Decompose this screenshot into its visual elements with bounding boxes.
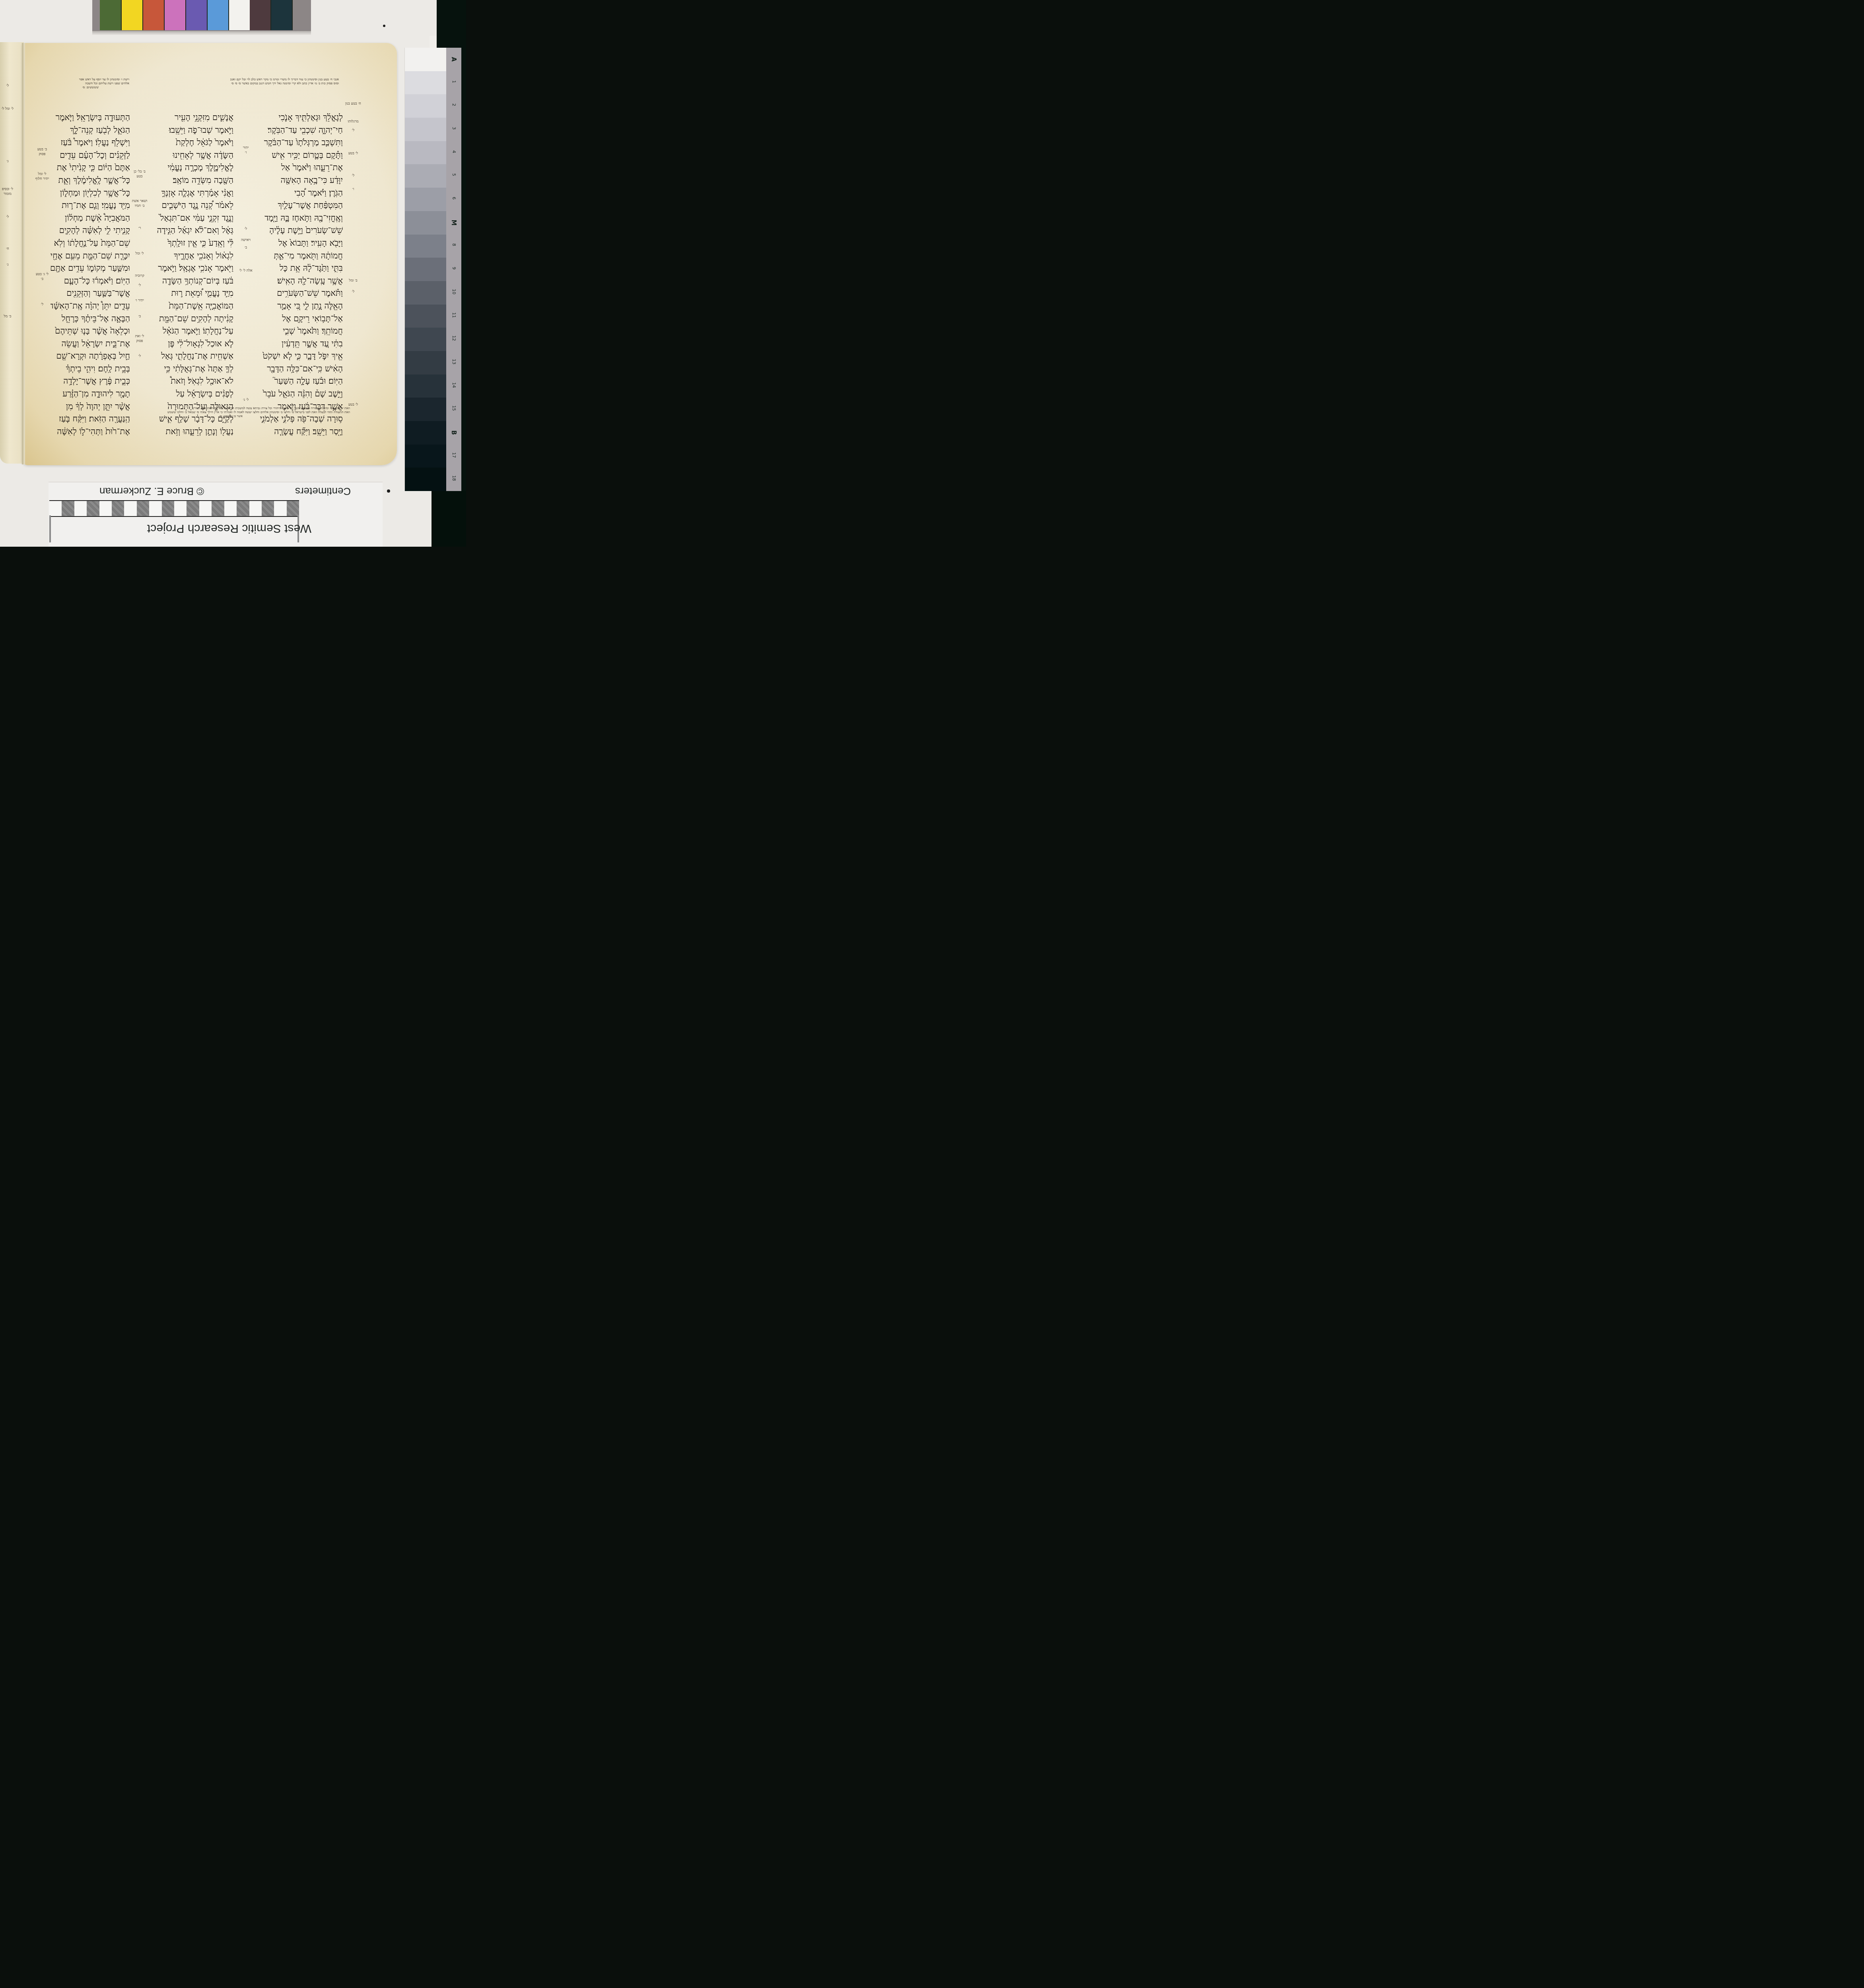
scale-segment <box>262 501 274 516</box>
color-swatch-magenta <box>165 0 186 30</box>
grayscale-step <box>405 118 447 141</box>
grayscale-label: 10 <box>451 284 457 299</box>
masora-line: ששששים ׃ ס׳ <box>52 85 129 89</box>
text-line: גְּאָ֔ל וְאִם־לֹ֨א יִגְאַ֜ל הַגִּ֣ידָה <box>150 224 233 237</box>
margin-note: ל׳ ומל יתיר חלוף <box>35 172 49 181</box>
text-line: הַיּֽוֹם׃ וּבֹ֨עַז עָלָ֣ה הַשַּׁעַר֮ <box>259 375 343 388</box>
margin-note: ו׳ <box>345 187 361 192</box>
grayscale-step <box>405 94 447 118</box>
margin-note: ג׳ <box>1 159 14 164</box>
scale-segment <box>124 501 136 516</box>
margin-note: יתיר ו׳ <box>131 298 148 303</box>
grayscale-step <box>405 235 447 258</box>
text-column-left: הַתְּעוּדָ֖ה בְּיִשְׂרָאֵֽל׃ וַיֹּ֧אמֶרה… <box>51 111 130 438</box>
scale-segment <box>49 501 62 516</box>
grayscale-label: 17 <box>451 447 457 462</box>
masora-line: וזאת י׳ ראש פס׳ וסימנה׳ התורה והמצוה אשר… <box>56 406 350 410</box>
margin-note: ל׳ <box>131 283 148 288</box>
text-line: אֶת־ר֙וּת֙ וַתְּהִי־ל֣וֹ לְאִשָּׁ֔ה <box>51 425 130 438</box>
margin-note: קרוביה <box>131 274 148 278</box>
text-line: אַשְׁחִ֖ית אֶת־נַחֲלָתִ֑י גְּאַל <box>150 350 233 363</box>
scale-bar-left-post <box>49 515 51 542</box>
grayscale-label: 18 <box>451 471 457 486</box>
text-line: לְגָאֳלֵ֜ךְ וּגְאַלְתִּ֧יךְ אָנֹ֛כִי <box>259 111 343 124</box>
margin-note: ל׳ <box>35 302 49 307</box>
color-swatch-brown <box>250 0 271 30</box>
text-line: וַיִּשְׁלֹ֖ף נַעֲלֽוֹ׃ וַיֹּאמֶר֩ בֹּ֨עַ… <box>51 136 130 149</box>
margin-note: ויאישה <box>237 238 255 243</box>
text-line: הַמּוֹאֲבִיָּ֤ה אֵֽשֶׁת־הַמֵּת֙ <box>150 300 233 313</box>
margin-note: ב׳ בל׳ כן בטע <box>131 169 148 179</box>
grayscale-label: 15 <box>451 401 457 416</box>
masora-line: וסוס פסוק כות ב׳ מ׳ ארין כתב ולא קרי וסי… <box>157 82 339 85</box>
text-line: וַתֹּ֕אמֶר שֵׁשׁ־הַשְּׂעֹרִ֥ים <box>259 287 343 300</box>
binding-gutter <box>22 43 25 464</box>
bottom-masora: וזאת י׳ ראש פס׳ וסימנה׳ התורה והמצוה אשר… <box>56 406 350 418</box>
margin-note: ל׳ ומל <box>131 251 148 256</box>
margin-note: מרגלותו <box>345 119 361 124</box>
text-line: וַתִּשְׁכַּ֤ב מַרְגְּלֹתָו֙ עַד־הַבֹּ֔קֶ… <box>259 136 343 149</box>
scale-segment <box>99 501 112 516</box>
top-masora-right: אנכי ח׳ בטע בנון וסימנהון כי עוד דבריך ל… <box>157 78 339 85</box>
text-line: תָמָ֖ר לִיהוּדָ֑ה מִן־הַזֶּ֗רַע <box>51 388 130 400</box>
scale-segment <box>62 501 74 516</box>
grayscale-step-labels: A123456M89101112131415B171819 <box>446 48 461 491</box>
color-swatch-yellow <box>122 0 143 30</box>
margin-note: ל׳ <box>345 289 361 294</box>
grayscale-step <box>405 351 447 375</box>
scale-segment <box>137 501 149 516</box>
dark-mount-bottom <box>431 491 466 547</box>
grayscale-label: 6 <box>451 191 457 206</box>
photograph: ל׳ל׳ ומל ל׳ג׳ל׳ ובסיפ מזמורל׳ח׳ג׳ב׳ מל א… <box>0 0 466 547</box>
text-line: אֲשֶׁ֥ר עָֽשָׂה־לָ֖הּ הָאִֽישׁ׃ <box>259 275 343 287</box>
margin-note: ושאר אשת ב׳ חמיו <box>131 199 148 208</box>
text-line: מִיַּ֣ד נָעֳמִ֑י וּ֠מֵאֵת ר֣וּת <box>150 287 233 300</box>
text-line: אַל־תָּב֥וֹאִי רֵיקָ֖ם אֶל <box>259 313 343 325</box>
color-swatch-green <box>100 0 122 30</box>
text-line: בֹּ֔עַז בְּיוֹם־קְנוֹתְךָ֥ הַשָּׂדֶ֖ה <box>150 275 233 287</box>
margin-note: ב׳ ומל <box>345 278 361 283</box>
text-line: אֶת־בֵּ֣ית יִשְׂרָאֵ֔ל וַעֲשֵׂה <box>51 338 130 350</box>
grayscale-step <box>405 328 447 351</box>
text-line: וַיָּ֖סַר וַיֵּשֵֽׁב׃ וַיִּקַּ֞ח עֲשָׂרָ… <box>259 425 343 438</box>
margin-note: ל׳ <box>237 227 255 231</box>
text-line: וַיֹּ֣אמֶר שְׁבוּ־פֹ֑ה וַיֵּשֵֽׁבוּ׃ <box>150 124 233 137</box>
masora-line: אנכי ח׳ בטע בנון וסימנהון כי עוד דבריך ל… <box>157 78 339 82</box>
scale-segment <box>149 501 161 516</box>
left-page-edge <box>0 42 24 464</box>
scale-segment <box>187 501 199 516</box>
text-line: בְּבֵ֥ית לָֽחֶם׃ וִיהִ֣י בֵיתְךָ֗ <box>51 363 130 375</box>
text-line: הָאֵ֖לֶּה נָ֣תַן לִ֑י כִּ֚י אָמַ֣ר <box>259 300 343 313</box>
text-line: הָאִ֔ישׁ כִּֽי־אִם־כִּלָּ֥ה הַדָּבָ֖ר <box>259 363 343 375</box>
grayscale-step <box>405 398 447 421</box>
margin-note: ל׳ ומל ל׳ <box>1 107 14 111</box>
scale-segment <box>199 501 212 516</box>
text-line: חֲמוֹתֵֽךְ׃ וַתֹּ֙אמֶר֙ שְׁבִ֣י <box>259 325 343 338</box>
scale-segment <box>174 501 187 516</box>
text-line: קָנִ֔יתָה לְהָקִ֥ים שֵׁם־הַמֵּ֖ת <box>150 313 233 325</box>
text-line: יִוָּדַ֔ע כִּי־בָ֥אָה הָאִשָּׁ֖ה <box>259 174 343 187</box>
text-line: הַבָּאָ֣ה אֶל־בֵּיתֶ֗ךָ כְּרָחֵ֤ל <box>51 313 130 325</box>
text-line: הַגֹּאֵ֛ל לְבֹ֖עַז קְנֵה־לָ֑ךְ <box>51 124 130 137</box>
units-label: Centimeters <box>295 485 351 497</box>
margin-note: ל׳ ובסיפ מזמור <box>1 187 14 196</box>
centimeter-scale-bar <box>49 500 299 517</box>
text-line: לֹא־אוּכַ֖ל לִגְאֹֽל׃ וְזֹאת֩ <box>150 375 233 388</box>
masora-line: וישת ו׳ וסימנהון לו עד יוסף על ראש אפר <box>52 78 129 82</box>
grayscale-label: 13 <box>451 354 457 369</box>
text-column-right: לְגָאֳלֵ֜ךְ וּגְאַלְתִּ֧יךְ אָנֹ֛כִיחַי־… <box>259 111 343 438</box>
margin-note: ח׳ <box>1 247 14 251</box>
text-line: שֵׁשׁ־שְׂעֹרִים֙ וַיָּ֣שֶׁת עָלֶ֔יהָ <box>259 224 343 237</box>
text-line: לֹ֤א אוּכַל֙ לִגְאָול־לִ֔י פֶּן <box>150 338 233 350</box>
text-line: וַיֹּ֖אמֶר אָנֹכִ֥י אֶגְאָֽל׃ וַיֹּ֣אמֶר <box>150 262 233 275</box>
color-swatch-white <box>229 0 250 30</box>
margin-note: ל׳ <box>1 83 14 88</box>
text-line: לֶאֱלִימֶ֑לֶךְ מָכְרָ֣ה נָעֳמִ֔י <box>150 161 233 174</box>
grayscale-label: 14 <box>451 377 457 392</box>
grayscale-step <box>405 445 447 468</box>
grayscale-label: A <box>450 52 457 67</box>
text-line: בִתִּ֔י עַ֚ד אֲשֶׁ֣ר תֵּֽדְעִ֔ין <box>259 338 343 350</box>
margin-note: אלה ל׳ ל׳ <box>237 268 255 273</box>
color-target-shadow <box>92 31 311 35</box>
masora-line: אשר בו ששמש ׃ ס׳ <box>56 414 350 418</box>
grayscale-step <box>405 71 447 95</box>
text-line: בִּתִּ֑י וַתַּ֙גֶּד־לָ֔הּ אֵ֥ת כָּל <box>259 262 343 275</box>
margin-note: ב׳ בטע פסוק <box>35 147 49 157</box>
grayscale-step <box>405 468 447 491</box>
scale-segment <box>224 501 237 516</box>
text-line: אֶת־רֵעֵ֑הוּ וַיֹּ֙אמֶר֙ אַל <box>259 161 343 174</box>
masora-line: אלהים שפנו וישת עליהם וכל חשכה <box>52 82 129 85</box>
text-line: וּכְלֵאָה֙ אֲשֶׁ֨ר בָּנ֤וּ שְׁתֵּיהֶם֙ <box>51 325 130 338</box>
margin-note: ו׳ <box>237 150 255 155</box>
text-line: הַגֹּֽרֶן׃ וַיֹּ֗אמֶר הָ֠בִי <box>259 187 343 200</box>
grayscale-step <box>405 305 447 328</box>
margin-note: ל׳ ואת פסוק <box>131 334 148 344</box>
margin-note: ב׳ <box>131 314 148 319</box>
grayscale-label: 4 <box>451 144 457 159</box>
grayscale-label: 3 <box>451 121 457 136</box>
text-line: לֵאמֹ֗ר קְ֠נֵה נֶ֣גֶד הַיֹּשְׁבִ֣ים <box>150 199 233 212</box>
grayscale-step <box>405 375 447 398</box>
text-line: לְפָנִ֨ים בְּיִשְׂרָאֵ֜ל עַל <box>150 388 233 400</box>
text-line: וְאֶֽחֳזִי־בָ֖הּ וַתֹּ֣אחֶז בָּ֑הּ וַיָּ… <box>259 212 343 225</box>
text-line: לַזְּקֵנִ֜ים וְכָל־הָעָ֗ם עֵדִ֤ים <box>51 149 130 162</box>
scale-segment <box>237 501 249 516</box>
margin-note: ב׳ מל <box>1 314 14 319</box>
margin-note: ל׳ <box>131 354 148 359</box>
grayscale-label: 11 <box>451 307 457 322</box>
margin-note: ל׳ <box>1 215 14 219</box>
text-line: הַיּֽוֹם׃ וַיֹּ֨אמְר֜וּ כָּל־הָעָ֧ם <box>51 275 130 287</box>
text-line: יִכָּרֵ֧ת שֵׁם־הַמֵּ֛ת מֵעִ֥ם אֶחָ֖יו <box>51 250 130 262</box>
color-swatch-dark-cyan <box>271 0 293 30</box>
text-line: הַמִּטְפַּ֨חַת אֲשֶׁר־עָלַ֧יִךְ <box>259 199 343 212</box>
scale-segment <box>74 501 87 516</box>
margin-note: ל׳ בטע <box>345 151 361 156</box>
grayscale-calibration-target <box>404 48 447 491</box>
text-line: אֲנָשִׁ֛ים מִזִּקְנֵ֥י הָעִ֖יר <box>150 111 233 124</box>
margin-note: ל׳ <box>345 173 361 178</box>
scale-segment <box>87 501 99 516</box>
grayscale-step <box>405 188 447 211</box>
margin-note: ל׳ ג׳ בטע ב׳ <box>35 272 49 282</box>
top-masora-left: וישת ו׳ וסימנהון לו עד יוסף על ראש אפר א… <box>52 78 129 89</box>
dust-speck <box>383 25 385 27</box>
dust-speck <box>387 489 390 493</box>
grayscale-step <box>405 211 447 235</box>
text-line: כָּל־אֲשֶׁ֣ר לֶֽאֱלִימֶ֔לֶךְ וְאֵ֛ת <box>51 174 130 187</box>
grayscale-step <box>405 421 447 445</box>
grayscale-label: 2 <box>451 97 457 113</box>
text-line: הַשָּׂדֶ֔ה אֲשֶׁ֥ר לְאָחִ֖ינוּ <box>150 149 233 162</box>
text-line: שֵׁם־הַמֵּת֙ עַל־נַ֣חֲלָת֔וֹ וְלֹֽא <box>51 237 130 250</box>
copyright-label: © Bruce E. Zuckerman <box>99 485 204 497</box>
text-line: כְּבֵ֣ית פֶּ֔רֶץ אֲשֶׁר־יָלְדָ֥ה <box>51 375 130 388</box>
text-line: חֲמוֹתָ֔הּ וַתֹּ֖אמֶר מִי־אַ֣תְּ <box>259 250 343 262</box>
masora-line: וזאת התעודה ותהי לבעלה וזאת לפני בישראל … <box>56 410 350 414</box>
grayscale-label: 1 <box>451 74 457 89</box>
scale-segment <box>274 501 286 516</box>
grayscale-step <box>405 164 447 188</box>
margin-note: יתיר <box>237 146 255 150</box>
margin-note: ל׳ <box>345 128 361 133</box>
text-line: וַיֵּ֣שֶׁב שָׁם֒ וְהִנֵּ֨ה הַגֹּאֵ֤ל עֹב… <box>259 388 343 400</box>
text-line: וַאֲנִ֨י אָמַ֜רְתִּי אֶגְלֶ֧ה אָזְנְךָ֣ <box>150 187 233 200</box>
text-line: אֵ֖יךְ יִפֹּ֣ל דָּבָ֑ר כִּ֣י לֹ֤א יִשְׁק… <box>259 350 343 363</box>
scale-segment <box>112 501 124 516</box>
text-line: לִּ֗י וְאֵֽדַע֙ כִּ֣י אֵ֤ין זוּלָֽתְךָ֙ <box>150 237 233 250</box>
text-line: אֲשֶׁר־בַּשַּׁ֛עַר וְהַזְּקֵנִ֖ים <box>51 287 130 300</box>
text-line: וַיֹּ֙אמֶר֙ לַגֹּאֵ֔ל חֶלְקַת֙ <box>150 136 233 149</box>
scale-segment <box>287 501 299 516</box>
grayscale-step <box>405 258 447 281</box>
text-line: מִיַּ֖ד נָעֳמִֽי׃ וְגַ֣ם אֶת־ר֣וּת <box>51 199 130 212</box>
text-line: נַעֲל֖וֹ וְנָתַ֣ן לְרֵעֵ֑הוּ וְזֹ֥את <box>150 425 233 438</box>
text-line: עַל־נַחֲלָתֽוֹ׃ וַיֹּ֣אמֶר הַגֹּאֵ֗ל <box>150 325 233 338</box>
margin-note: ב׳ <box>237 245 255 250</box>
grayscale-label: 12 <box>451 331 457 346</box>
text-line: לִגְא֔וֹל וְאָנֹכִ֖י אַחֲרֶ֑יךָ <box>150 250 233 262</box>
text-line: חַי־יְהוָ֑ה שִׁכְבִ֖י עַד־הַבֹּֽקֶר׃ <box>259 124 343 137</box>
text-line: וּמִשַּׁ֣עַר מְקוֹמ֑וֹ עֵדִ֥ים אַתֶּ֖ם <box>51 262 130 275</box>
color-swatch-violet <box>186 0 208 30</box>
grayscale-label: M <box>450 215 457 230</box>
text-line: הַתְּעוּדָ֖ה בְּיִשְׂרָאֵֽל׃ וַיֹּ֧אמֶר <box>51 111 130 124</box>
color-calibration-target <box>92 0 311 31</box>
project-label: West Semitic Research Project <box>147 522 311 535</box>
margin-note: ח׳ בטע בנון <box>345 101 361 106</box>
text-column-middle: אֲנָשִׁ֛ים מִזִּקְנֵ֥י הָעִ֖ירוַיֹּ֣אמֶר… <box>150 111 233 438</box>
text-line: קָנִ֧יתִי לִ֣י לְאִשָּׁ֗ה לְהָקִ֤ים <box>51 224 130 237</box>
text-line: עֵדִ֑ים יִתֵּן֩ יְהוָ֨ה אֶֽת־הָאִשָּׁ֜ה <box>51 300 130 313</box>
color-swatch-red <box>143 0 165 30</box>
text-line: כָּל־אֲשֶׁ֥ר לְכִלְי֖וֹן וּמַחְל֑וֹן <box>51 187 130 200</box>
text-line: וַתָּ֕קָם בְּטֶ֛רוֹם יַכִּ֥יר אִ֖ישׁ <box>259 149 343 162</box>
grayscale-step <box>405 281 447 305</box>
margin-note: ר׳ <box>131 226 148 231</box>
grayscale-label: 5 <box>451 167 457 182</box>
grayscale-label: 9 <box>451 261 457 276</box>
grayscale-label: 8 <box>451 237 457 252</box>
text-line: וַיָּבֹ֖א הָעִֽיר׃ וַתָּבוֹא֙ אֶל <box>259 237 343 250</box>
text-line: אַתֶּם֙ הַיּ֔וֹם כִּ֤י קָנִ֙יתִי֙ אֶת <box>51 161 130 174</box>
color-swatch-blue <box>208 0 229 30</box>
margin-note: ג׳ <box>1 262 14 267</box>
text-line: וְנֶ֣גֶד זִקְנֵ֣י עַמִּ֔י אִם־תִּגְאַל֙ <box>150 212 233 225</box>
scale-segment <box>162 501 174 516</box>
scale-segment <box>249 501 262 516</box>
text-line: הַשָּׁ֖בָה מִשְּׂדֵ֥ה מוֹאָֽב׃ <box>150 174 233 187</box>
margin-note: ל׳ ג׳ <box>237 398 255 402</box>
grayscale-label: B <box>450 425 457 440</box>
scale-segment <box>212 501 224 516</box>
grayscale-step <box>405 48 447 71</box>
text-line: לְךָ֤ אַתָּה֙ אֶת־גְּאֻלָּתִ֔י כִּ֥י <box>150 363 233 375</box>
grayscale-step <box>405 141 447 165</box>
text-line: חַ֣יִל בְּאֶפְרָ֔תָה וּקְרָא־שֵׁ֖ם <box>51 350 130 363</box>
text-line: הַמֹּאֲבִיָּה֩ אֵ֨שֶׁת מַחְל֜וֹן <box>51 212 130 225</box>
